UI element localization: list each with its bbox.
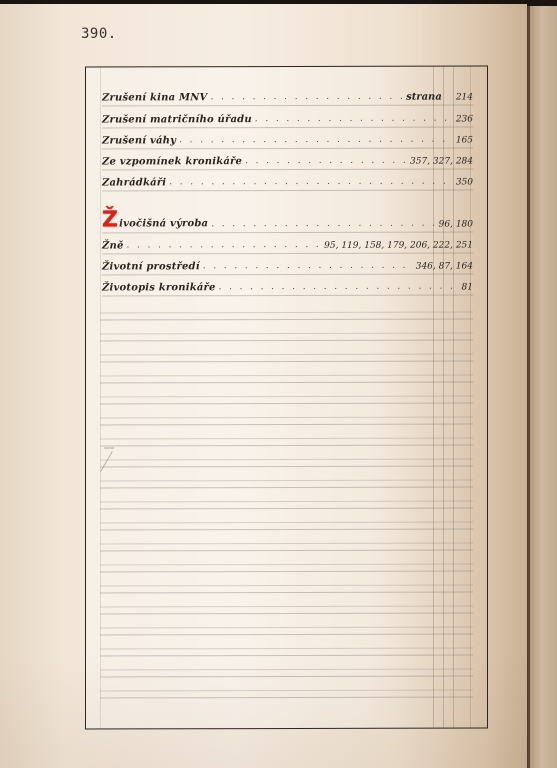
ruled-line <box>100 627 473 636</box>
index-entry: Žně 95, 119, 158, 179, 206, 222, 251 <box>102 233 473 255</box>
entry-pages: 96, 180 <box>439 220 473 232</box>
ruled-line <box>100 648 473 657</box>
ruled-line <box>100 669 473 678</box>
ruled-line <box>100 333 473 342</box>
dot-leader <box>179 135 453 149</box>
entry-title: Zrušení váhy <box>102 135 176 148</box>
ruled-line <box>100 480 473 489</box>
strana-label: strana <box>406 92 442 105</box>
index-entry: Ze vzpomínek kronikáře 357, 327, 284 <box>102 149 473 171</box>
entry-pages: 346, 87, 164 <box>416 262 473 274</box>
index-entry: Zahrádkáři 350 <box>102 170 473 192</box>
ruled-line <box>100 354 473 363</box>
entry-title-rest: ivočišná výroba <box>119 218 208 229</box>
ruled-line <box>100 564 473 573</box>
index-entry: Zrušení kina MNV strana 214 <box>102 85 473 107</box>
dot-leader <box>219 282 459 296</box>
entry-title: Zrušení kina MNV <box>102 92 208 105</box>
index-entry: Životopis kronikáře 81 <box>102 275 473 297</box>
page-fold <box>528 6 530 768</box>
entry-pages: 350 <box>456 178 473 190</box>
entry-title: Zahrádkáři <box>102 177 166 190</box>
ruled-line <box>100 543 473 552</box>
dot-leader <box>255 114 453 128</box>
next-page-edge <box>527 6 557 768</box>
entry-title: Zrušení matričního úřadu <box>102 114 252 127</box>
ruled-line <box>100 501 473 510</box>
index-entry: Zrušení matričního úřadu 236 <box>102 107 473 129</box>
scanned-page: 390. Zrušení kina MNV strana 214 Zrušení… <box>0 4 527 768</box>
index-entry: Životní prostředí 346, 87, 164 <box>102 254 473 276</box>
ruled-line <box>100 606 473 615</box>
index-entry: Zrušení váhy 165 <box>102 128 473 150</box>
ruled-line <box>100 417 473 426</box>
dot-leader <box>211 92 404 106</box>
entry-pages: 236 <box>456 115 473 127</box>
ruled-line <box>100 585 473 594</box>
entry-title: Žně <box>102 240 124 253</box>
ruled-line <box>100 396 473 405</box>
ruled-line <box>100 522 473 531</box>
ruled-line <box>100 438 473 447</box>
entry-title: Životní prostředí <box>102 261 200 274</box>
pencil-mark <box>104 447 114 448</box>
entry-title: Ze vzpomínek kronikáře <box>102 156 242 169</box>
dot-leader <box>203 261 413 275</box>
entry-title: Živočišná výroba <box>102 210 208 232</box>
ruled-line <box>100 375 473 384</box>
page-number: 390. <box>81 26 117 42</box>
entry-pages: 165 <box>456 136 473 148</box>
dot-leader <box>127 240 322 254</box>
dot-leader <box>169 177 453 191</box>
index-entries: Zrušení kina MNV strana 214 Zrušení matr… <box>86 66 487 67</box>
dot-leader <box>245 156 407 169</box>
dot-leader <box>211 219 435 233</box>
ruled-line <box>100 690 473 699</box>
entry-pages: 95, 119, 158, 179, 206, 222, 251 <box>324 241 473 253</box>
ruled-line <box>100 459 473 468</box>
entry-pages: 81 <box>462 283 473 295</box>
index-frame: Zrušení kina MNV strana 214 Zrušení matr… <box>85 65 488 729</box>
entry-title: Životopis kronikáře <box>102 282 216 295</box>
entry-pages: 357, 327, 284 <box>410 157 473 169</box>
index-entry: Živočišná výroba 96, 180 <box>102 210 473 234</box>
entry-pages: 214 <box>456 93 473 105</box>
ruled-line <box>100 312 473 321</box>
red-initial-letter: Ž <box>102 207 118 232</box>
